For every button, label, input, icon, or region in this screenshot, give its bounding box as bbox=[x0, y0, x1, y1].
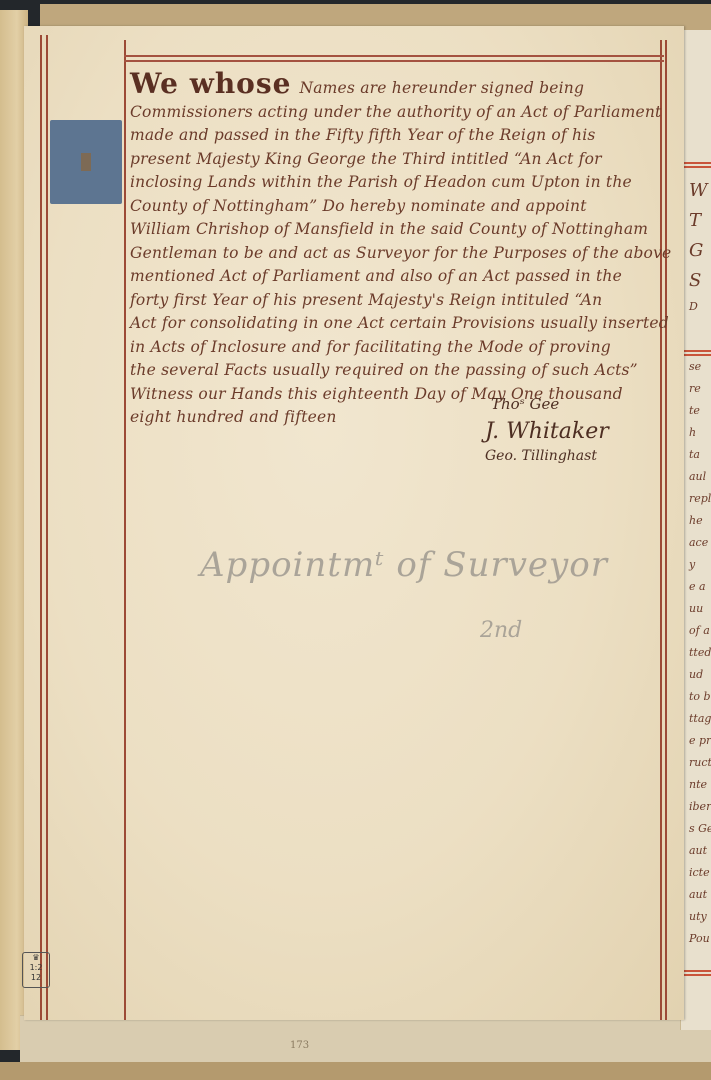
body-line: the several Facts usually required on th… bbox=[130, 359, 678, 383]
signature-whitaker: J. Whitaker bbox=[485, 419, 609, 444]
body-line: Act for consolidating in one Act certain… bbox=[130, 312, 678, 336]
body-line: forty first Year of his present Majesty'… bbox=[130, 289, 678, 313]
facing-text: ta bbox=[689, 448, 700, 461]
body-line: made and passed in the Fifty fifth Year … bbox=[130, 124, 678, 148]
facing-text: aut bbox=[689, 888, 707, 901]
margin-rule-inner-left bbox=[124, 40, 126, 1020]
facing-text: iber bbox=[689, 800, 711, 813]
facing-text: ace bbox=[689, 536, 708, 549]
facing-text: of a bbox=[689, 624, 710, 637]
facing-text: ttag bbox=[689, 712, 711, 725]
margin-rule-outer-left bbox=[40, 35, 42, 1020]
seal-center-mark bbox=[81, 153, 91, 171]
facing-text: he bbox=[689, 514, 703, 527]
body-line: County of Nottingham” Do hereby nominate… bbox=[130, 195, 678, 219]
facing-text: aul bbox=[689, 470, 706, 483]
header-rule-2 bbox=[124, 60, 664, 62]
signature-block: Thoˢ Gee J. Whitaker Geo. Tillinghast bbox=[485, 395, 609, 464]
facing-red-rule bbox=[681, 350, 711, 352]
document-body: We whoseNames are hereunder signed being… bbox=[130, 72, 678, 430]
facing-text: W bbox=[689, 180, 708, 201]
signature-gee: Thoˢ Gee bbox=[491, 395, 609, 413]
facing-text: e a bbox=[689, 580, 706, 593]
crown-icon: ♛ bbox=[23, 953, 49, 963]
facing-text: Pou bbox=[689, 932, 710, 945]
facing-text: aut bbox=[689, 844, 707, 857]
header-rule bbox=[124, 55, 664, 57]
stamp-ref: 1:2 bbox=[23, 963, 49, 973]
facing-text: e pr bbox=[689, 734, 711, 747]
facing-text: s Ge bbox=[689, 822, 711, 835]
body-line: Commissioners acting under the authority… bbox=[130, 101, 678, 125]
facing-text: G bbox=[689, 240, 703, 261]
stamp-number: 12 bbox=[23, 973, 49, 983]
pencil-endorsement-note: 2nd bbox=[480, 618, 522, 643]
body-line: William Chrishop of Mansfield in the sai… bbox=[130, 218, 678, 242]
body-line: Names are hereunder signed being bbox=[299, 79, 584, 97]
facing-text: ud bbox=[689, 668, 703, 681]
lead-words: We whose bbox=[130, 67, 291, 100]
facing-text: se bbox=[689, 360, 701, 373]
facing-red-rule bbox=[681, 166, 711, 168]
facing-text: uty bbox=[689, 910, 707, 923]
facing-red-rule bbox=[681, 974, 711, 976]
facing-red-rule bbox=[681, 970, 711, 972]
body-line: Gentleman to be and act as Surveyor for … bbox=[130, 242, 678, 266]
facing-text: nte bbox=[689, 778, 707, 791]
facing-page-fragment: W T G S D se re te h ta aul repl he ace … bbox=[680, 30, 711, 1030]
facing-text: y bbox=[689, 558, 695, 571]
facing-text: icte bbox=[689, 866, 710, 879]
facing-text: h bbox=[689, 426, 696, 439]
signature-tillinghast: Geo. Tillinghast bbox=[485, 448, 609, 464]
facing-text: re bbox=[689, 382, 701, 395]
facing-text: S bbox=[689, 270, 701, 291]
pencil-endorsement: Appointmᵗ of Surveyor bbox=[200, 545, 608, 585]
text-line-1: We whoseNames are hereunder signed being bbox=[130, 72, 678, 101]
facing-text: tted bbox=[689, 646, 711, 659]
facing-text: te bbox=[689, 404, 700, 417]
body-line: inclosing Lands within the Parish of Hea… bbox=[130, 171, 678, 195]
embossed-tax-seal bbox=[50, 120, 122, 204]
facing-text: repl bbox=[689, 492, 711, 505]
body-line: present Majesty King George the Third in… bbox=[130, 148, 678, 172]
facing-text: uu bbox=[689, 602, 703, 615]
facing-text: to b bbox=[689, 690, 711, 703]
body-line: in Acts of Inclosure and for facilitatin… bbox=[130, 336, 678, 360]
folio-number: 173 bbox=[290, 1040, 309, 1051]
page-guard-strip bbox=[20, 1015, 711, 1066]
facing-text: D bbox=[689, 300, 698, 313]
margin-rule-outer-left-2 bbox=[46, 35, 48, 1020]
facing-text: ruct bbox=[689, 756, 711, 769]
facing-text: T bbox=[689, 210, 701, 231]
facing-red-rule bbox=[681, 354, 711, 356]
facing-red-rule bbox=[681, 162, 711, 164]
volume-binding-bottom bbox=[0, 1062, 711, 1080]
archive-stamp: ♛ 1:2 12 bbox=[22, 952, 50, 988]
body-line: mentioned Act of Parliament and also of … bbox=[130, 265, 678, 289]
